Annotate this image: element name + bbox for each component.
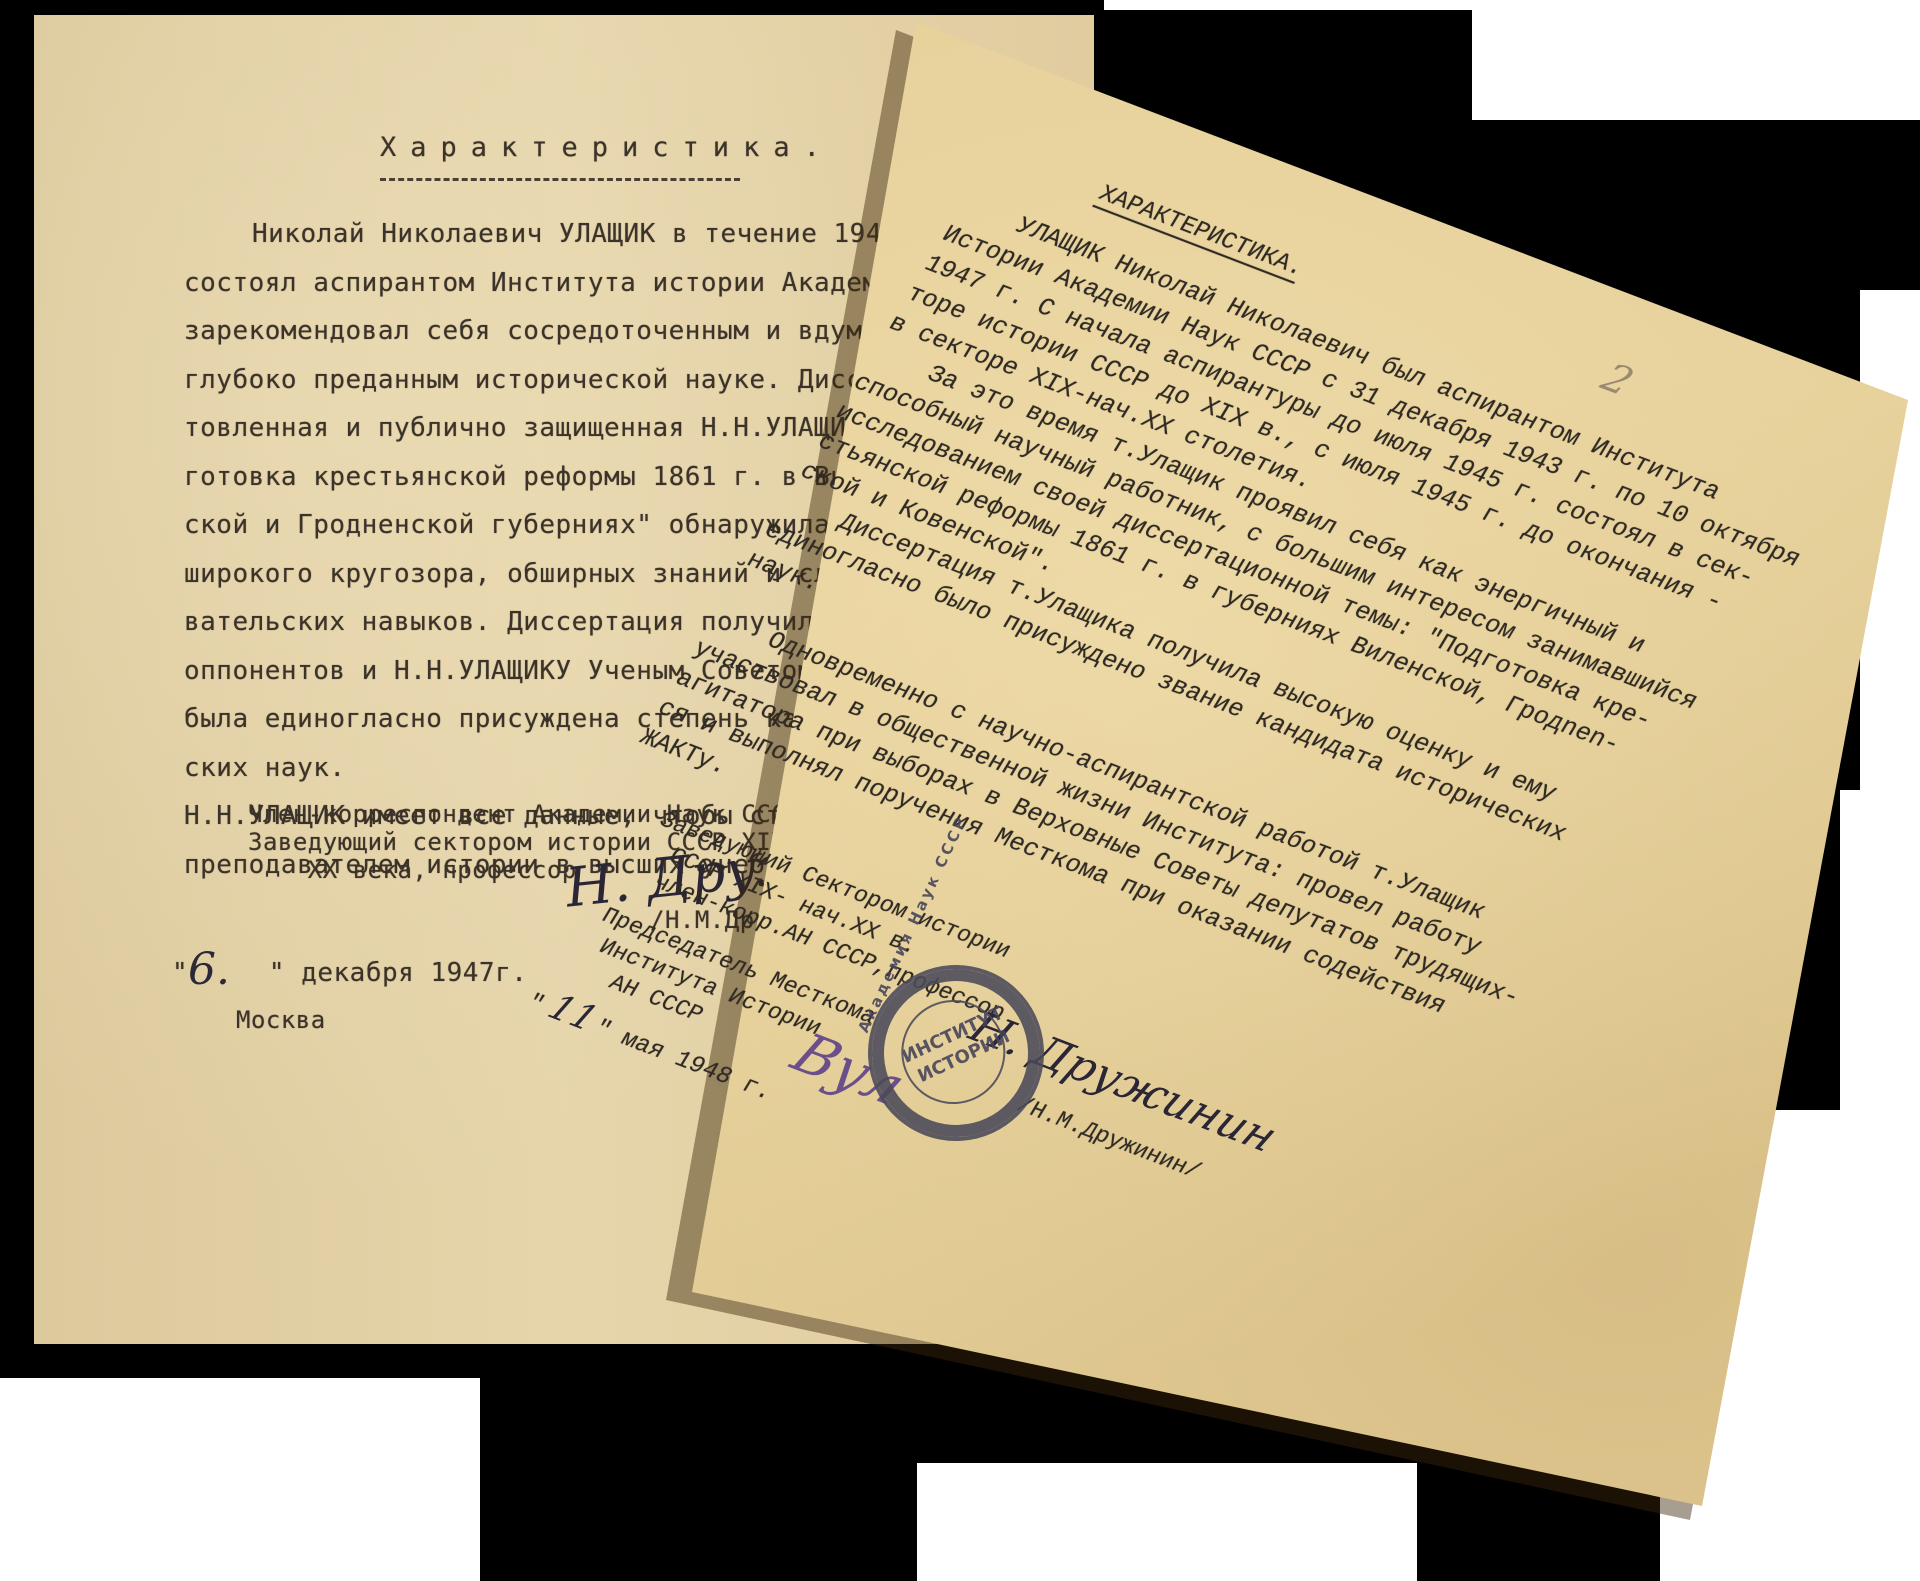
left-document-city: Москва	[236, 1006, 326, 1034]
left-date-day-handwritten: 6.	[188, 944, 230, 995]
background-white-right-2	[1840, 790, 1920, 1110]
left-title-underline	[380, 178, 740, 181]
background-white-top-right	[1472, 0, 1920, 120]
left-document-title: Характеристика.	[380, 132, 834, 163]
background-white-bottom-left	[0, 1378, 480, 1581]
